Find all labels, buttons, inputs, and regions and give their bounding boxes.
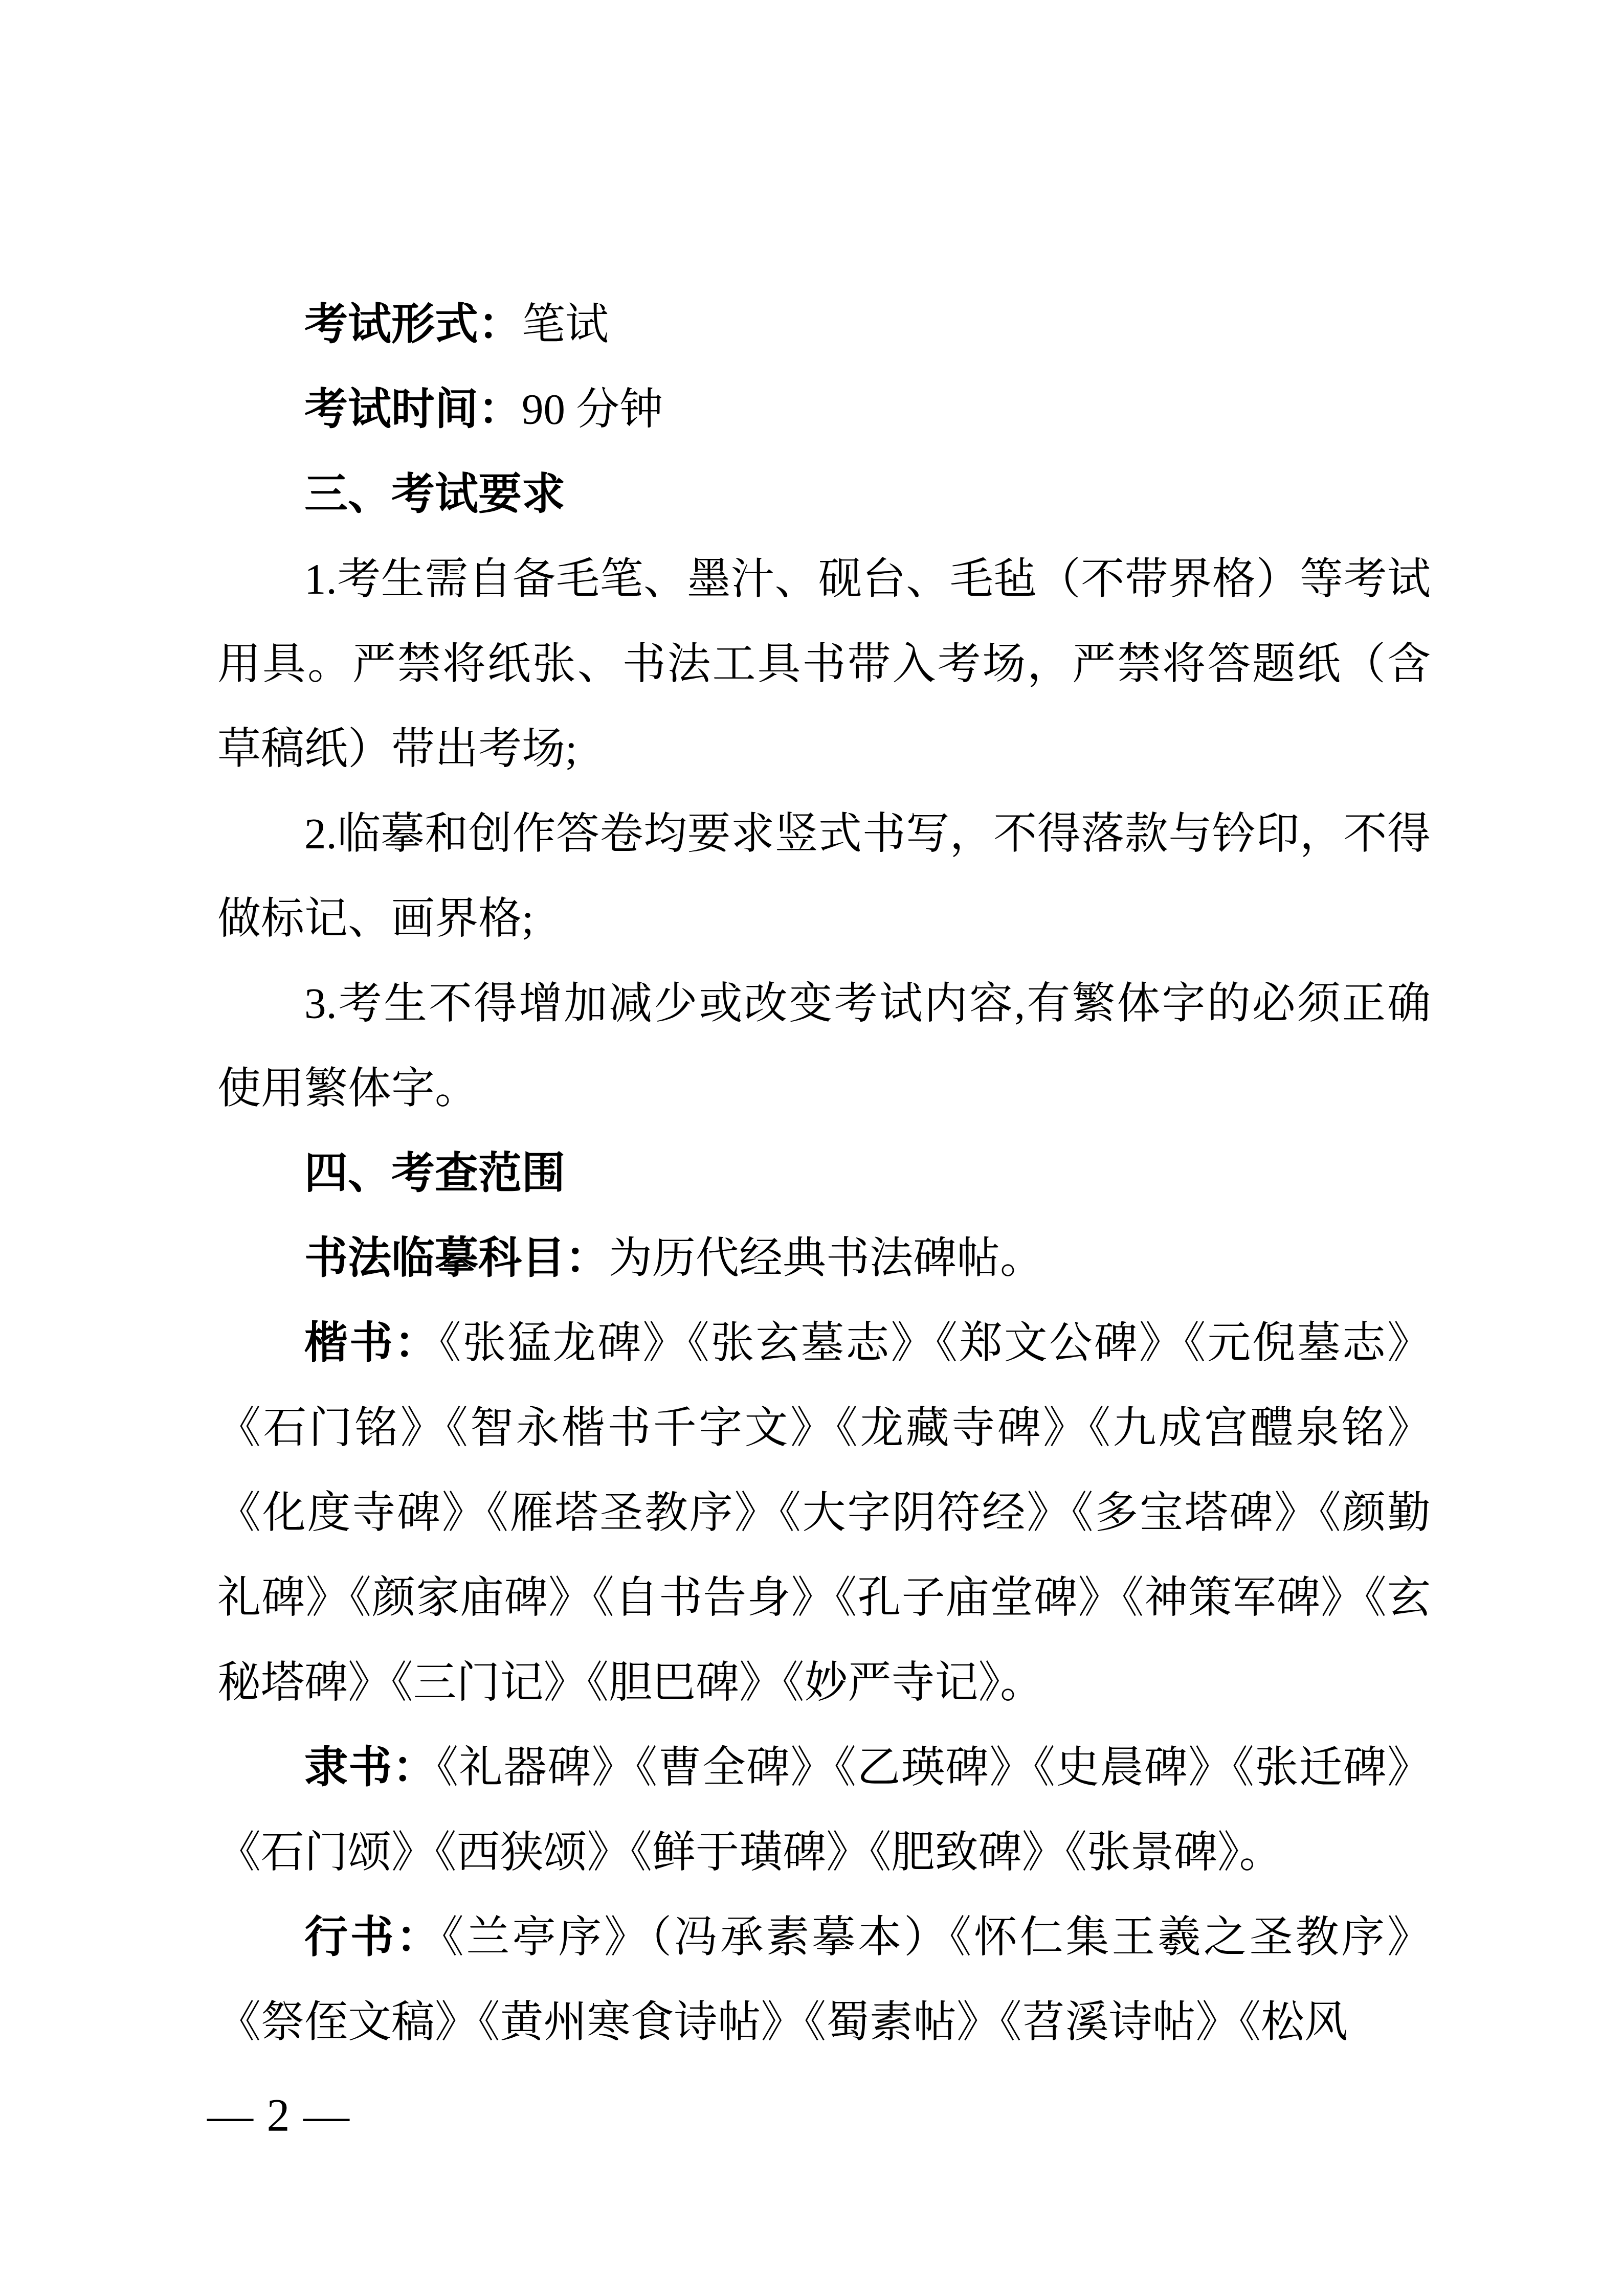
running-script-row: 行书：《兰亭序》（冯承素摹本）《怀仁集王羲之圣教序》《祭侄文稿》《黄州寒食诗帖》…	[217, 1895, 1431, 2065]
regular-script-label: 楷书：	[304, 1319, 439, 1367]
section-heading-exam-scope: 四、考查范围	[217, 1131, 1431, 1216]
exam-duration-label: 考试时间：	[304, 386, 522, 434]
exam-format-row: 考试形式：笔试	[217, 282, 1431, 367]
exam-duration-value: 90 分钟	[522, 386, 663, 434]
requirement-item-3: 3.考生不得增加减少或改变考试内容,有繁体字的必须正确使用繁体字。	[217, 961, 1431, 1131]
requirement-item-2: 2.临摹和创作答卷均要求竖式书写，不得落款与钤印，不得做标记、画界格;	[217, 792, 1431, 961]
copying-subject-text: 为历代经典书法碑帖。	[609, 1234, 1043, 1282]
copying-subject-label: 书法临摹科目：	[304, 1234, 609, 1282]
requirement-item-1: 1.考生需自备毛笔、墨汁、砚台、毛毡（不带界格）等考试用具。严禁将纸张、书法工具…	[217, 537, 1431, 792]
section-heading-exam-requirements: 三、考试要求	[217, 452, 1431, 537]
copying-subject-row: 书法临摹科目：为历代经典书法碑帖。	[217, 1216, 1431, 1301]
page-number: — 2 —	[207, 2090, 350, 2142]
regular-script-list: 《张猛龙碑》《张玄墓志》《郑文公碑》《元倪墓志》《石门铭》《智永楷书千字文》《龙…	[217, 1319, 1431, 1707]
document-content: 考试形式：笔试 考试时间：90 分钟 三、考试要求 1.考生需自备毛笔、墨汁、砚…	[217, 282, 1431, 2065]
exam-format-label: 考试形式：	[304, 301, 522, 349]
clerical-script-label: 隶书：	[304, 1744, 437, 1792]
document-page: 考试形式：笔试 考试时间：90 分钟 三、考试要求 1.考生需自备毛笔、墨汁、砚…	[0, 0, 1624, 2296]
exam-duration-row: 考试时间：90 分钟	[217, 367, 1431, 452]
running-script-label: 行书：	[304, 1914, 442, 1962]
exam-format-value: 笔试	[522, 301, 609, 349]
regular-script-row: 楷书：《张猛龙碑》《张玄墓志》《郑文公碑》《元倪墓志》《石门铭》《智永楷书千字文…	[217, 1301, 1431, 1725]
clerical-script-row: 隶书：《礼器碑》《曹全碑》《乙瑛碑》《史晨碑》《张迁碑》《石门颂》《西狭颂》《鲜…	[217, 1725, 1431, 1895]
